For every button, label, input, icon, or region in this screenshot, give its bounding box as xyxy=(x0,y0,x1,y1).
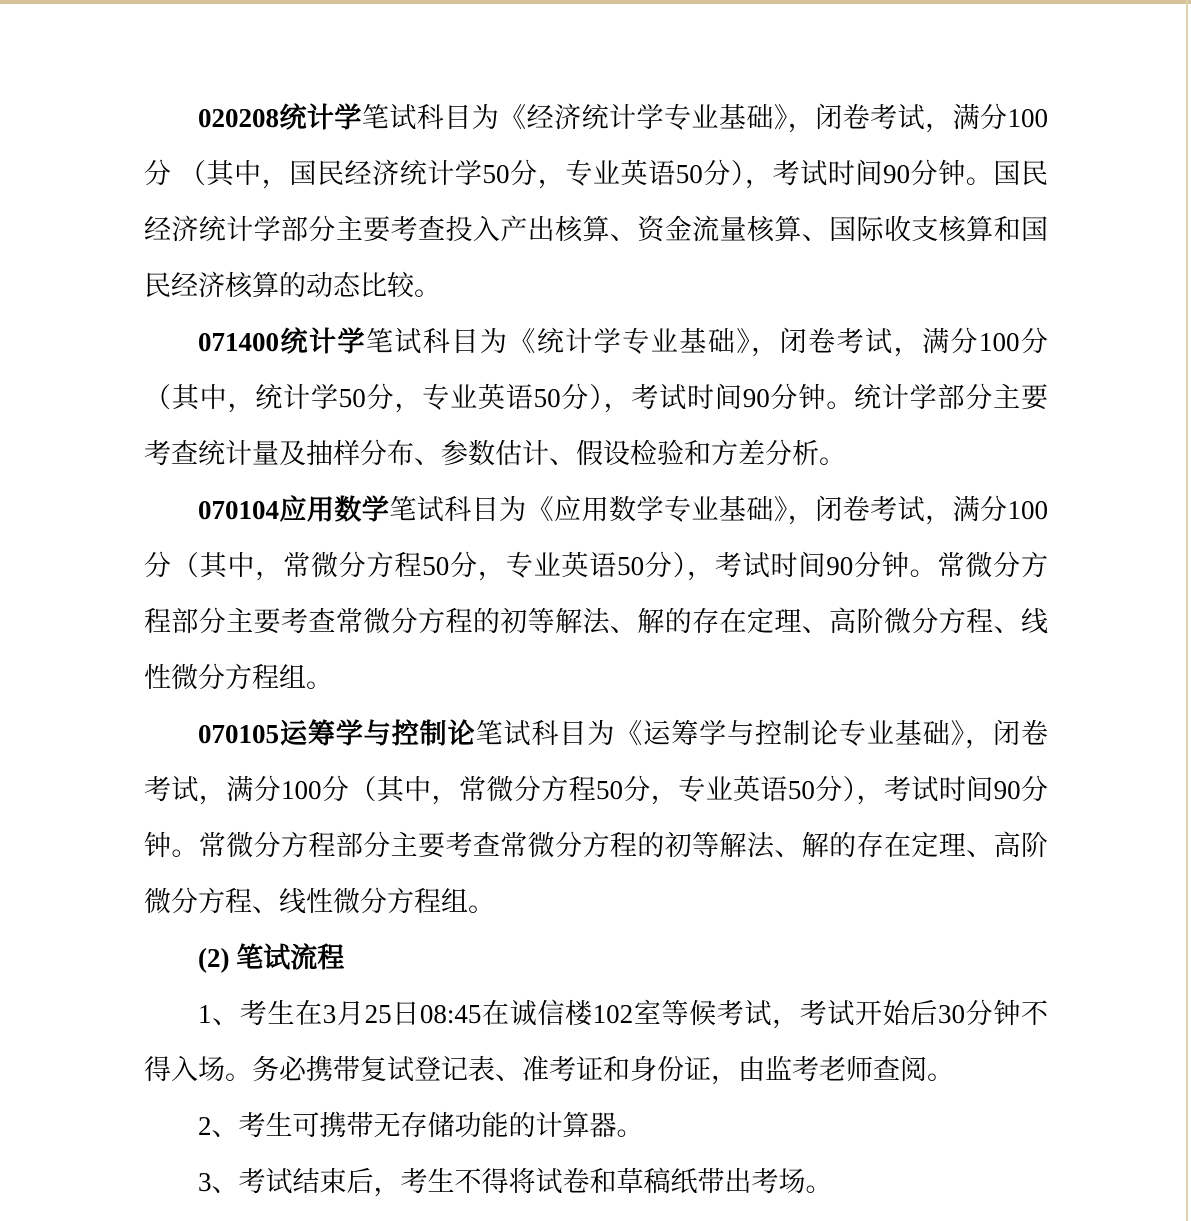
list-item-2: 2、考生可携带无存储功能的计算器。 xyxy=(144,1098,1048,1154)
list-item-3: 3、考试结束后，考生不得将试卷和草稿纸带出考场。 xyxy=(144,1154,1048,1210)
page-border-right xyxy=(1186,0,1188,1221)
paragraph-lead-bold: 070104应用数学 xyxy=(198,495,389,525)
page-border-top xyxy=(0,0,1191,4)
paragraph-statistics-071400: 071400统计学笔试科目为《统计学专业基础》，闭卷考试，满分100分（其中，统… xyxy=(144,314,1048,482)
paragraph-statistics-020208: 020208统计学笔试科目为《经济统计学专业基础》，闭卷考试，满分100分 （其… xyxy=(144,90,1048,314)
paragraph-lead-bold: 070105运筹学与控制论 xyxy=(198,719,476,749)
paragraph-operations-research-070105: 070105运筹学与控制论笔试科目为《运筹学与控制论专业基础》，闭卷考试，满分1… xyxy=(144,706,1048,930)
list-item-1: 1、考生在3月25日08:45在诚信楼102室等候考试，考试开始后30分钟不得入… xyxy=(144,986,1048,1098)
paragraph-lead-bold: 020208统计学 xyxy=(198,103,362,133)
section-heading-written-exam-process: (2) 笔试流程 xyxy=(144,930,1048,986)
paragraph-applied-math-070104: 070104应用数学笔试科目为《应用数学专业基础》，闭卷考试，满分100分（其中… xyxy=(144,482,1048,706)
paragraph-lead-bold: 071400统计学 xyxy=(198,327,366,357)
document-body: 020208统计学笔试科目为《经济统计学专业基础》，闭卷考试，满分100分 （其… xyxy=(0,0,1191,1221)
document-page: { "page": { "background": "#ffffff", "te… xyxy=(0,0,1191,1221)
